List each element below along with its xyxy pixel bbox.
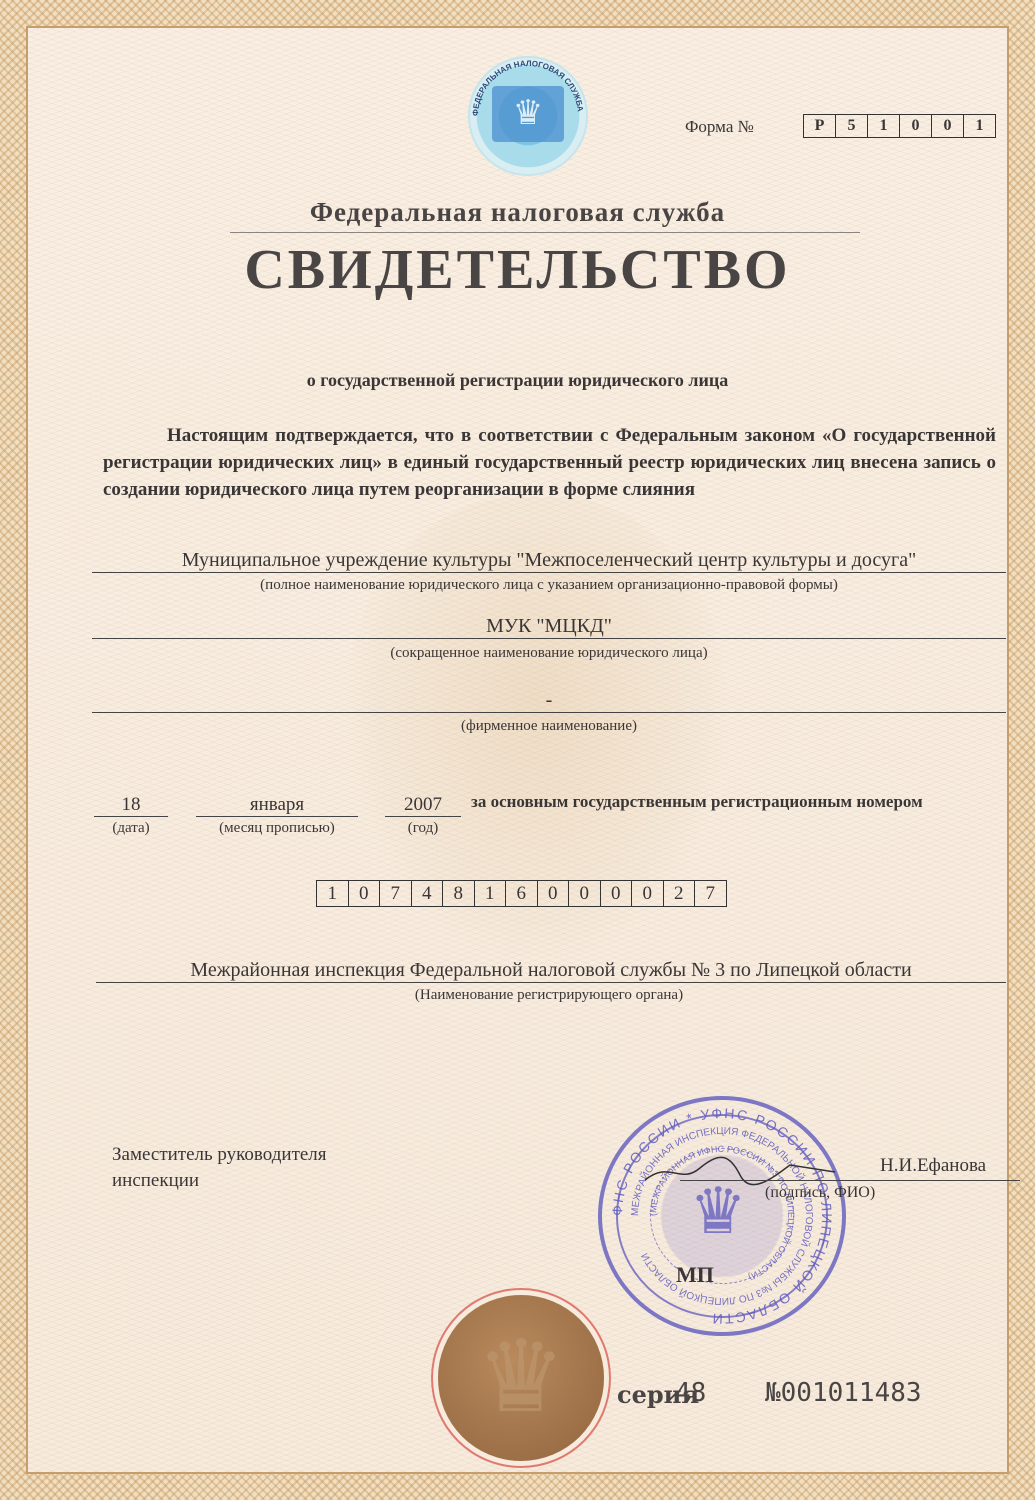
certification-paragraph: Настоящим подтверждается, что в соответс… bbox=[103, 422, 996, 503]
date-year: 2007 bbox=[385, 794, 461, 817]
signer-name: Н.И.Ефанова bbox=[880, 1155, 986, 1177]
full-name-field: Муниципальное учреждение культуры "Межпо… bbox=[92, 548, 1006, 573]
ogrn-digit: 2 bbox=[664, 881, 696, 906]
header-divider bbox=[230, 232, 860, 233]
ogrn-digit: 0 bbox=[569, 881, 601, 906]
short-name-caption: (сокращенное наименование юридического л… bbox=[92, 645, 1006, 662]
form-code-digit: 1 bbox=[868, 115, 900, 137]
embossed-seal: ♛ bbox=[438, 1295, 604, 1461]
brand-name-caption: (фирменное наименование) bbox=[92, 718, 1006, 735]
agency-name: Федеральная налоговая служба bbox=[0, 197, 1035, 228]
ogrn-digit: 1 bbox=[317, 881, 349, 906]
form-code-digit: 0 bbox=[932, 115, 964, 137]
brand-name-field: - bbox=[92, 688, 1006, 713]
svg-text:ФНС РОССИИ * УФНС РОССИИ ПО ЛИ: ФНС РОССИИ * УФНС РОССИИ ПО ЛИПЕЦКОЙ ОБЛ… bbox=[609, 1105, 835, 1327]
date-month-caption: (месяц прописью) bbox=[196, 820, 358, 837]
form-code-digit: Р bbox=[804, 115, 836, 137]
short-name-field: МУК "МЦКД" bbox=[92, 614, 1006, 639]
blank-number: №001011483 bbox=[765, 1378, 922, 1408]
registering-authority-caption: (Наименование регистрирующего органа) bbox=[92, 987, 1006, 1004]
ogrn-digit: 7 bbox=[380, 881, 412, 906]
signature-caption: (подпись, ФИО) bbox=[765, 1184, 875, 1202]
series-number: 48 bbox=[675, 1378, 706, 1408]
document-subtitle: о государственной регистрации юридическо… bbox=[0, 370, 1035, 391]
form-number-label: Форма № bbox=[685, 117, 754, 137]
stamp-place-mark: МП bbox=[676, 1262, 714, 1288]
date-year-caption: (год) bbox=[385, 820, 461, 837]
ogrn-digit: 0 bbox=[349, 881, 381, 906]
ogrn-boxes: 1074816000027 bbox=[316, 880, 727, 907]
fns-hologram-icon: ♛ ФЕДЕРАЛЬНАЯ НАЛОГОВАЯ СЛУЖБА bbox=[468, 56, 588, 176]
signer-position: Заместитель руководителя инспекции bbox=[112, 1142, 327, 1194]
signer-position-line2: инспекции bbox=[112, 1168, 327, 1194]
date-month: января bbox=[196, 794, 358, 817]
stamp-outer-text: ФНС РОССИИ * УФНС РОССИИ ПО ЛИПЕЦКОЙ ОБЛ… bbox=[609, 1105, 835, 1327]
signature-line bbox=[680, 1180, 1020, 1181]
form-code-digit: 1 bbox=[964, 115, 995, 137]
ogrn-label: за основным государственным регистрацион… bbox=[471, 792, 923, 812]
ogrn-digit: 8 bbox=[443, 881, 475, 906]
full-name-caption: (полное наименование юридического лица с… bbox=[92, 577, 1006, 594]
date-day: 18 bbox=[94, 794, 168, 817]
form-number-boxes: Р51001 bbox=[803, 114, 996, 138]
ogrn-digit: 1 bbox=[475, 881, 507, 906]
ogrn-digit: 6 bbox=[506, 881, 538, 906]
registering-authority: Межрайонная инспекция Федеральной налого… bbox=[96, 958, 1006, 983]
date-day-caption: (дата) bbox=[94, 820, 168, 837]
form-code-digit: 5 bbox=[836, 115, 868, 137]
ogrn-digit: 0 bbox=[632, 881, 664, 906]
ogrn-digit: 4 bbox=[412, 881, 444, 906]
ogrn-digit: 0 bbox=[601, 881, 633, 906]
document-title: СВИДЕТЕЛЬСТВО bbox=[0, 238, 1035, 302]
form-code-digit: 0 bbox=[900, 115, 932, 137]
ogrn-digit: 7 bbox=[695, 881, 726, 906]
embossed-eagle-icon: ♛ bbox=[438, 1295, 604, 1461]
official-stamp: ♛ ФНС РОССИИ * УФНС РОССИИ ПО ЛИПЕЦКОЙ О… bbox=[598, 1096, 846, 1336]
ogrn-digit: 0 bbox=[538, 881, 570, 906]
hologram-text: ФЕДЕРАЛЬНАЯ НАЛОГОВАЯ СЛУЖБА bbox=[471, 59, 585, 116]
paragraph-text: Настоящим подтверждается, что в соответс… bbox=[103, 425, 996, 500]
svg-text:ФЕДЕРАЛЬНАЯ НАЛОГОВАЯ СЛУЖБА: ФЕДЕРАЛЬНАЯ НАЛОГОВАЯ СЛУЖБА bbox=[471, 59, 585, 116]
signer-position-line1: Заместитель руководителя bbox=[112, 1142, 327, 1168]
